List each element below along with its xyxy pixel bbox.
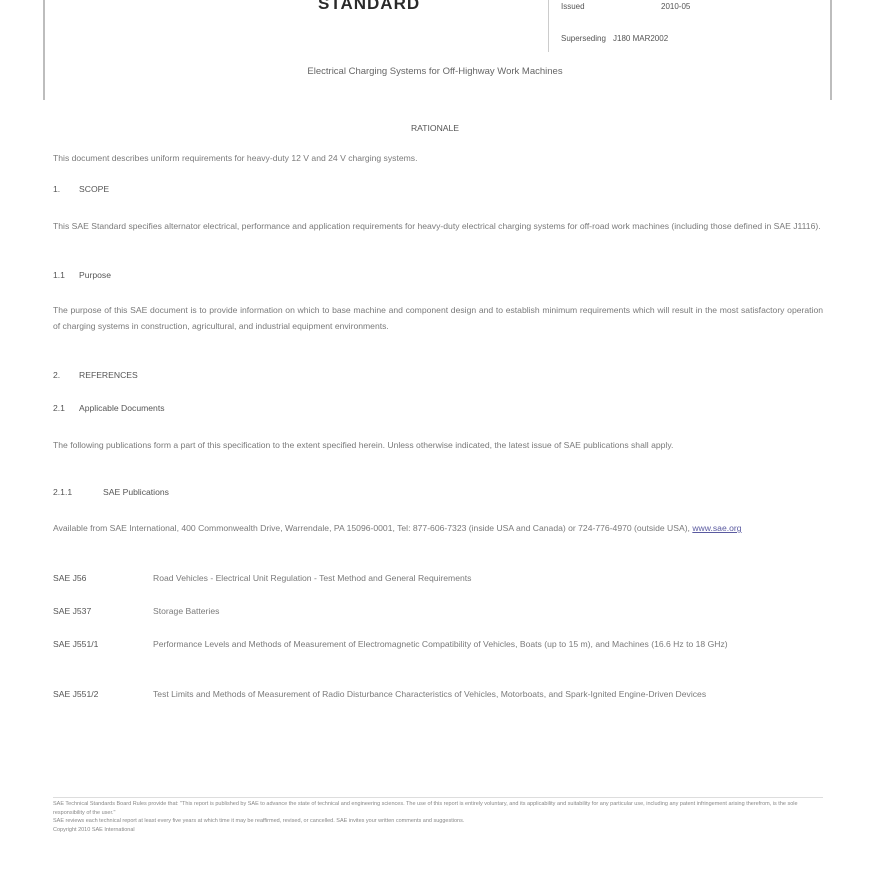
rationale-text: This document describes uniform requirem…: [53, 150, 823, 166]
section-heading-scope: 1.SCOPE: [53, 184, 109, 194]
rationale-heading: RATIONALE: [0, 123, 870, 133]
reference-item: SAE J551/1 Performance Levels and Method…: [53, 636, 823, 652]
sae-website-link[interactable]: www.sae.org: [692, 523, 741, 533]
section-heading-sae-publications: 2.1.1SAE Publications: [53, 487, 169, 497]
applicable-paragraph: The following publications form a part o…: [53, 437, 823, 453]
purpose-paragraph: The purpose of this SAE document is to p…: [53, 302, 823, 334]
reference-item: SAE J56 Road Vehicles - Electrical Unit …: [53, 570, 823, 586]
sae-publications-paragraph: Available from SAE International, 400 Co…: [53, 520, 823, 536]
section-heading-references: 2.REFERENCES: [53, 370, 138, 380]
reference-item: SAE J537 Storage Batteries: [53, 603, 823, 619]
scope-paragraph: This SAE Standard specifies alternator e…: [53, 218, 823, 234]
reference-item: SAE J551/2 Test Limits and Methods of Me…: [53, 686, 823, 702]
section-heading-applicable-documents: 2.1Applicable Documents: [53, 403, 165, 413]
document-meta-box: Issued 2010-05 Superseding J180 MAR2002: [548, 0, 779, 52]
document-title: Electrical Charging Systems for Off-High…: [0, 66, 870, 77]
page-border-left: [43, 0, 45, 100]
standard-label: STANDARD: [318, 0, 420, 14]
footer-divider: [53, 797, 823, 798]
page-border-right: [830, 0, 832, 100]
section-heading-purpose: 1.1Purpose: [53, 270, 111, 280]
meta-label-superseding: Superseding: [561, 34, 606, 43]
meta-value-issued: 2010-05: [661, 2, 690, 11]
meta-label-issued: Issued: [561, 2, 585, 11]
footer-notice: SAE Technical Standards Board Rules prov…: [53, 800, 823, 834]
meta-value-superseding: J180 MAR2002: [613, 34, 668, 43]
